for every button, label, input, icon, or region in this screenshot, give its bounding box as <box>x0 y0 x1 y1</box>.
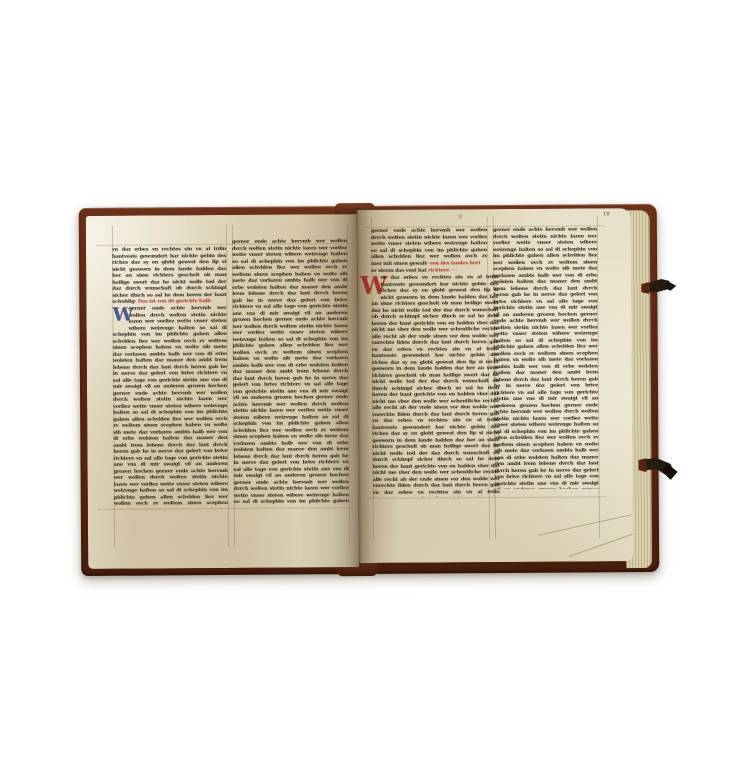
decorated-initial-blue: W <box>112 306 127 326</box>
folio-number: 18 <box>603 211 610 217</box>
stain-spot <box>457 213 464 219</box>
column-text: gerner ende achte hervmb wer wollen dvrc… <box>113 305 228 507</box>
right-page: 18 gerner ende achte hervmb wer wollen d… <box>357 208 633 563</box>
text-column: gerner ende achte hervmb wer wollen dvrc… <box>232 238 349 506</box>
bottom-clasp <box>636 446 680 494</box>
rubric-text: von des landes hert <box>430 260 481 266</box>
rubric-lead-text: schuldig· <box>112 299 136 305</box>
text-column: gerner ende achte hervmb wer wollen dvrc… <box>493 226 599 489</box>
top-clasp <box>639 272 679 308</box>
text-column: gerner ende achte hervmb wer wollen dvrc… <box>371 227 487 261</box>
rubric-lead-text: mer mit sinen gewalt· <box>371 261 430 267</box>
ruling-line <box>98 507 353 510</box>
rubric-text: richtere· · · <box>428 267 457 273</box>
decorated-initial-red: W <box>360 275 380 301</box>
rubric-text: Das ist von dē gerichte halb· <box>138 298 212 305</box>
crease-line <box>538 514 632 536</box>
text-column: vn daz erbes vn rechtes sin vn al irdin … <box>112 246 226 299</box>
open-codex: vn daz erbes vn rechtes sin vn al irdin … <box>79 204 660 576</box>
text-column: Wvn daz erbes vn rechtes sin vn al irdin… <box>360 274 500 497</box>
crease-line <box>569 533 633 557</box>
rubric-lead-text: er storm das vust hat <box>371 268 428 274</box>
left-page: vn daz erbes vn rechtes sin vn al irdin … <box>86 214 359 569</box>
column-text: vn daz erbes vn rechtes sin vn al irdin … <box>371 274 499 497</box>
text-column: Wgerner ende achte hervmb wer wollen dvr… <box>112 305 227 507</box>
manuscript-photo: vn daz erbes vn rechtes sin vn al irdin … <box>0 0 755 780</box>
